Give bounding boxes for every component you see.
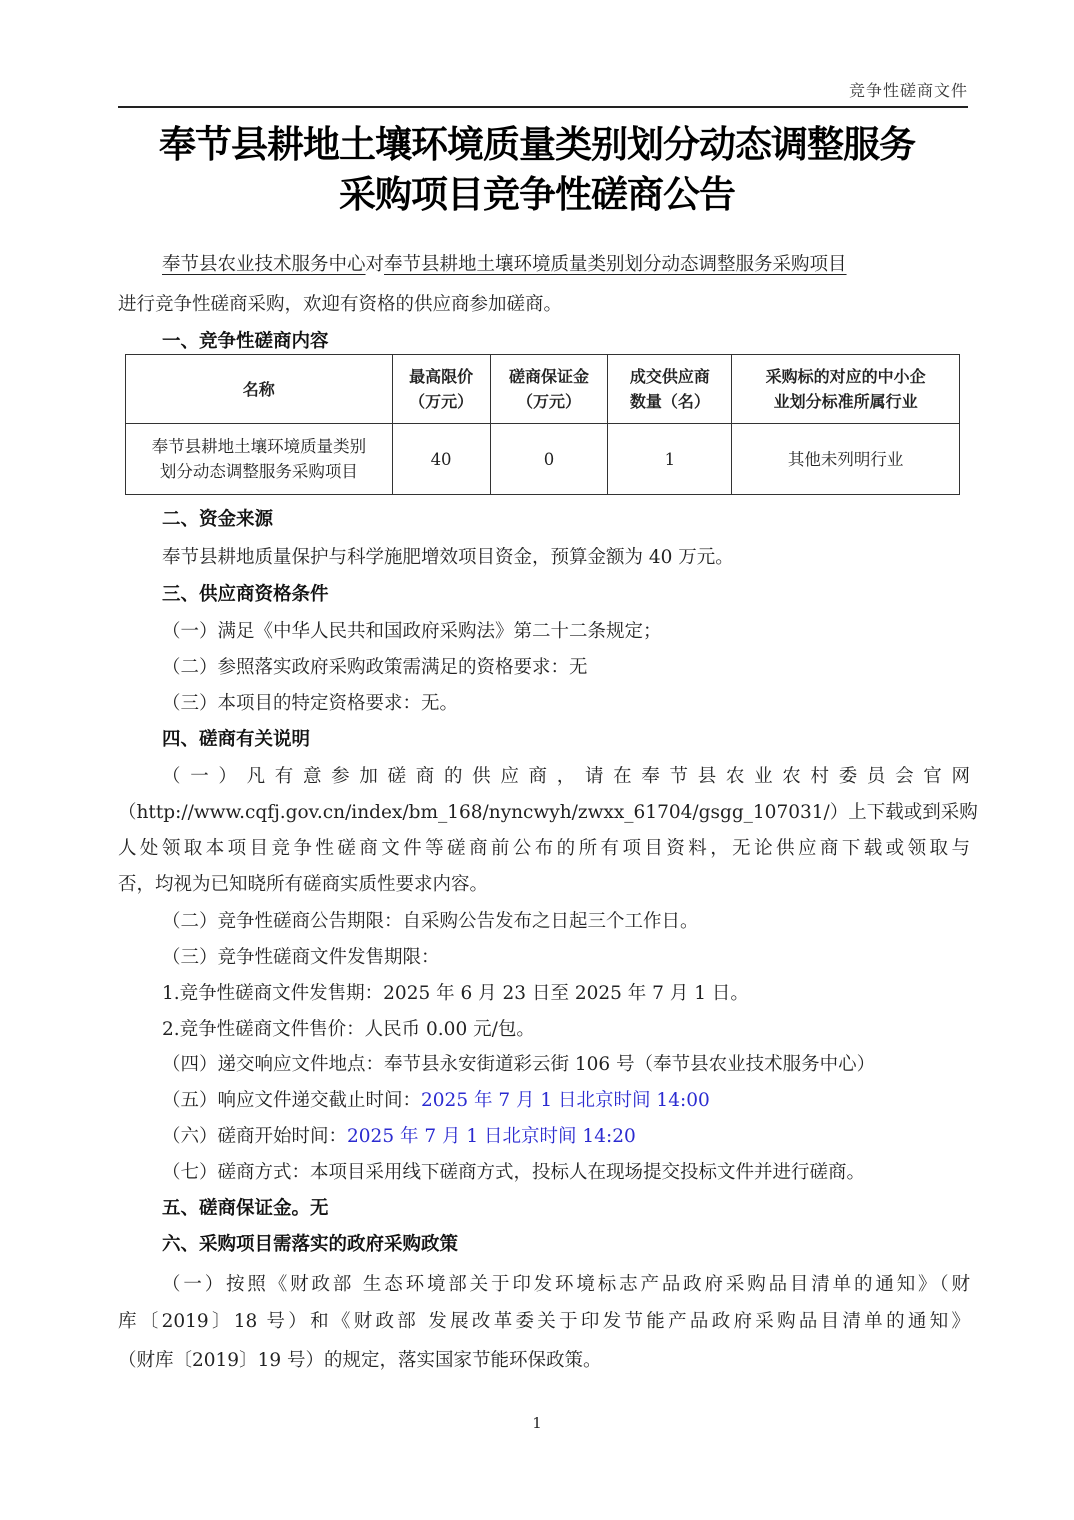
header-rule (118, 106, 968, 108)
section-6-item-1-line-2: 库〔2019〕18 号）和《财政部 发展改革委关于印发节能产品政府采购品目清单的… (118, 1307, 970, 1333)
section-6-heading: 六、采购项目需落实的政府采购政策 (162, 1230, 970, 1256)
cell-deposit: 0 (490, 424, 608, 495)
section-4-item-3-2: 2.竞争性磋商文件售价：人民币 0.00 元/包。 (162, 1015, 970, 1041)
col-header-industry: 采购标的对应的中小企业划分标准所属行业 (732, 355, 960, 424)
col-header-supplier-count: 成交供应商数量（名） (608, 355, 732, 424)
cell-max-price: 40 (392, 424, 490, 495)
section-4-item-1-line-3: 人处领取本项目竞争性磋商文件等磋商前公布的所有项目资料，无论供应商下载或领取与 (118, 834, 970, 860)
start-time-value: 2025 年 7 月 1 日北京时间 14:20 (347, 1126, 636, 1147)
section-4-item-3: （三）竞争性磋商文件发售期限： (162, 943, 970, 969)
section-6-item-1-line-1: （一）按照《财政部 生态环境部关于印发环境标志产品政府采购品目清单的通知》（财 (162, 1270, 970, 1296)
section-4-item-1-line-2: （http://www.cqfj.gov.cn/index/bm_168/nyn… (118, 798, 970, 824)
section-4-item-1-line-4: 否，均视为已知晓所有磋商实质性要求内容。 (118, 870, 970, 896)
section-5-heading: 五、磋商保证金。无 (162, 1194, 970, 1220)
section-6-item-1-line-3: （财库〔2019〕19 号）的规定，落实国家节能环保政策。 (118, 1346, 970, 1372)
deadline-label: （五）响应文件递交截止时间： (162, 1090, 421, 1111)
cell-industry: 其他未列明行业 (732, 424, 960, 495)
table-row: 奉节县耕地土壤环境质量类别划分动态调整服务采购项目 40 0 1 其他未列明行业 (126, 424, 960, 495)
section-2-heading: 二、资金来源 (162, 505, 970, 531)
section-3-item-2: （二）参照落实政府采购政策需满足的资格要求：无 (162, 653, 970, 679)
section-1-heading: 一、竞争性磋商内容 (162, 327, 970, 353)
running-header: 竞争性磋商文件 (849, 78, 968, 101)
section-3-heading: 三、供应商资格条件 (162, 580, 970, 606)
cell-supplier-count: 1 (608, 424, 732, 495)
section-4-item-3-1: 1.竞争性磋商文件发售期：2025 年 6 月 23 日至 2025 年 7 月… (162, 979, 970, 1005)
table-header-row: 名称 最高限价（万元） 磋商保证金（万元） 成交供应商数量（名） 采购标的对应的… (126, 355, 960, 424)
col-header-max-price: 最高限价（万元） (392, 355, 490, 424)
cell-project-name: 奉节县耕地土壤环境质量类别划分动态调整服务采购项目 (126, 424, 393, 495)
section-3-item-1: （一）满足《中华人民共和国政府采购法》第二十二条规定； (162, 617, 970, 643)
download-url-text: （http://www.cqfj.gov.cn/index/bm_168/nyn… (118, 802, 978, 823)
section-4-item-1-line-1: （一）凡有意参加磋商的供应商，请在奉节县农业农村委员会官网 (162, 762, 970, 788)
section-3-item-3: （三）本项目的特定资格要求：无。 (162, 689, 970, 715)
document-title-line-1: 奉节县耕地土壤环境质量类别划分动态调整服务 (0, 114, 1074, 168)
section-2-body: 奉节县耕地质量保护与科学施肥增效项目资金，预算金额为 40 万元。 (162, 543, 970, 569)
purchaser-name: 奉节县农业技术服务中心 (162, 254, 366, 275)
intro-paragraph-line-1: 奉节县农业技术服务中心对奉节县耕地土壤环境质量类别划分动态调整服务采购项目 (162, 250, 970, 276)
content-table: 名称 最高限价（万元） 磋商保证金（万元） 成交供应商数量（名） 采购标的对应的… (125, 354, 960, 495)
section-4-item-6: （六）磋商开始时间：2025 年 7 月 1 日北京时间 14:20 (162, 1122, 970, 1148)
section-4-item-5: （五）响应文件递交截止时间：2025 年 7 月 1 日北京时间 14:00 (162, 1086, 970, 1112)
document-title-line-2: 采购项目竞争性磋商公告 (0, 164, 1074, 218)
start-time-label: （六）磋商开始时间： (162, 1126, 347, 1147)
section-4-heading: 四、磋商有关说明 (162, 725, 970, 751)
deadline-value: 2025 年 7 月 1 日北京时间 14:00 (421, 1090, 710, 1111)
page-number: 1 (0, 1414, 1074, 1432)
col-header-deposit: 磋商保证金（万元） (490, 355, 608, 424)
intro-paragraph-line-2: 进行竞争性磋商采购，欢迎有资格的供应商参加磋商。 (118, 290, 970, 316)
section-4-item-4: （四）递交响应文件地点：奉节县永安街道彩云街 106 号（奉节县农业技术服务中心… (162, 1050, 970, 1076)
project-name: 奉节县耕地土壤环境质量类别划分动态调整服务采购项目 (384, 254, 847, 275)
section-4-item-7: （七）磋商方式：本项目采用线下磋商方式，投标人在现场提交投标文件并进行磋商。 (162, 1158, 970, 1184)
intro-connector: 对 (366, 254, 385, 275)
col-header-name: 名称 (126, 355, 393, 424)
section-4-item-2: （二）竞争性磋商公告期限：自采购公告发布之日起三个工作日。 (162, 907, 970, 933)
